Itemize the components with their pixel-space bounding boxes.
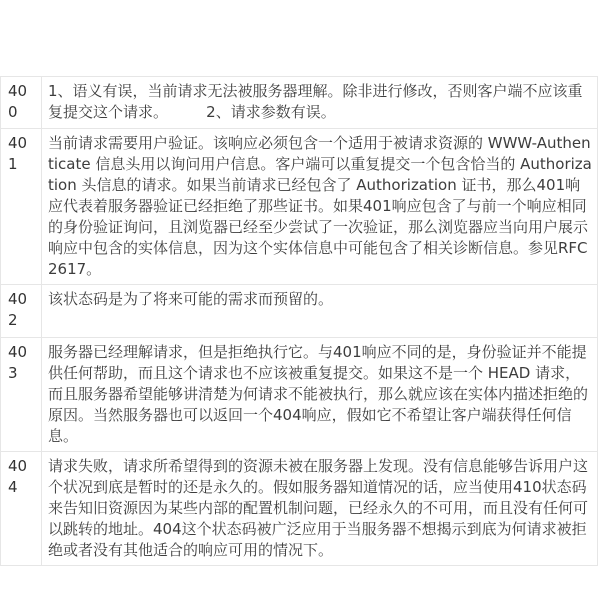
table-row-403: 403 服务器已经理解请求，但是拒绝执行它。与401响应不同的是，身份验证并不能… [1,338,598,452]
status-code-cell: 404 [1,452,42,566]
table-row-402: 402 该状态码是为了将来可能的需求而预留的。 [1,285,598,338]
table-row-401: 401 当前请求需要用户验证。该响应必须包含一个适用于被请求资源的 WWW-Au… [1,129,598,285]
status-description-cell: 服务器已经理解请求，但是拒绝执行它。与401响应不同的是，身份验证并不能提供任何… [42,338,598,452]
description-part-2: 2、请求参数有误。 [206,103,336,121]
status-description-cell: 该状态码是为了将来可能的需求而预留的。 [42,285,598,338]
table-row-400: 400 1、语义有误，当前请求无法被服务器理解。除非进行修改，否则客户端不应该重… [1,77,598,129]
http-status-code-table: 400 1、语义有误，当前请求无法被服务器理解。除非进行修改，否则客户端不应该重… [0,76,598,566]
status-description-cell: 请求失败，请求所希望得到的资源未被在服务器上发现。没有信息能够告诉用户这个状况到… [42,452,598,566]
status-code-cell: 402 [1,285,42,338]
status-code-cell: 400 [1,77,42,129]
description-gap [168,103,206,121]
table-row-404: 404 请求失败，请求所希望得到的资源未被在服务器上发现。没有信息能够告诉用户这… [1,452,598,566]
status-code-cell: 403 [1,338,42,452]
status-code-table-container: 400 1、语义有误，当前请求无法被服务器理解。除非进行修改，否则客户端不应该重… [0,76,598,566]
status-description-cell: 当前请求需要用户验证。该响应必须包含一个适用于被请求资源的 WWW-Authen… [42,129,598,285]
status-code-cell: 401 [1,129,42,285]
status-description-cell: 1、语义有误，当前请求无法被服务器理解。除非进行修改，否则客户端不应该重复提交这… [42,77,598,129]
